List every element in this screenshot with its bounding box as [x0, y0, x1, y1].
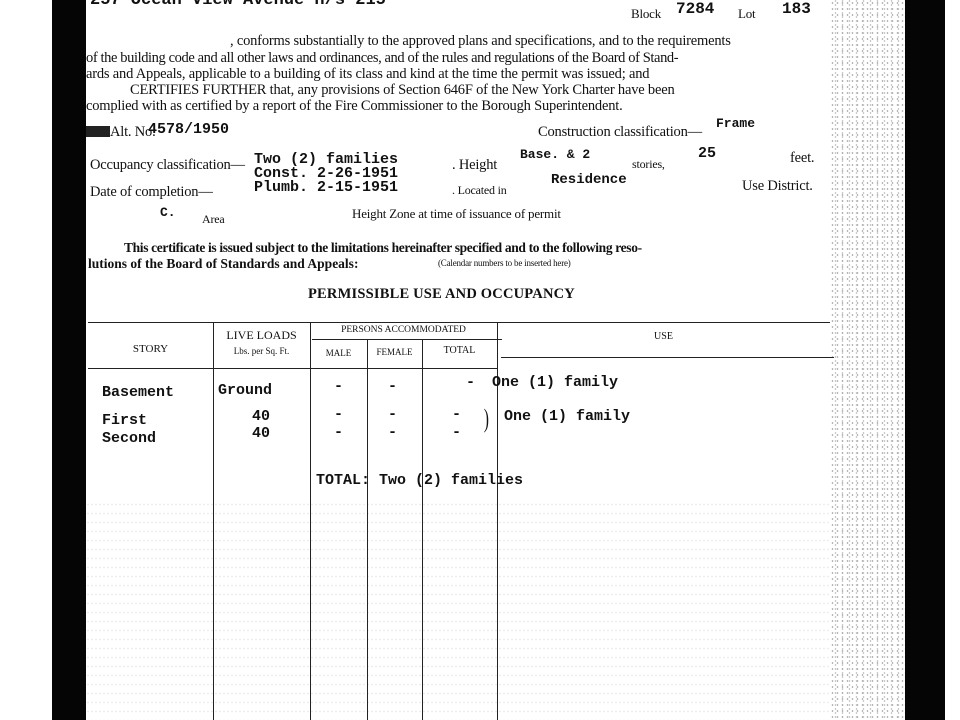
- row-male: -: [334, 406, 343, 423]
- section-title: PERMISSIBLE USE AND OCCUPANCY: [308, 286, 575, 303]
- header-use: USE: [497, 331, 830, 342]
- row-use: One (1) family: [504, 408, 630, 425]
- scan-speckle-edge: [830, 0, 905, 720]
- limitations-line-1: This certificate is issued subject to th…: [124, 240, 642, 256]
- construction-value: Frame: [716, 116, 755, 131]
- area-label: Area: [202, 212, 225, 227]
- row-story: Basement: [102, 384, 174, 401]
- header-live-loads: LIVE LOADS: [213, 328, 310, 343]
- block-label: Block: [631, 6, 661, 22]
- address-line: 257 Ocean View Avenue n/s 215': [90, 0, 396, 10]
- body-line-3: ards and Appeals, applicable to a buildi…: [86, 66, 649, 83]
- use-header-rule: [501, 357, 834, 358]
- faded-reverse-text: [86, 500, 830, 720]
- header-live-loads-unit: Lbs. per Sq. Ft.: [213, 346, 310, 356]
- col-divider-load: [310, 322, 311, 720]
- row-load: Ground: [218, 382, 272, 399]
- row-female: -: [388, 424, 397, 441]
- row-story: First: [102, 412, 147, 429]
- use-district-label: Use District.: [742, 178, 813, 195]
- date-plumb: Plumb. 2-15-1951: [254, 179, 398, 196]
- header-total: TOTAL: [422, 345, 497, 356]
- height-label: . Height: [452, 157, 497, 174]
- located-value: Residence: [551, 172, 627, 188]
- date-label: Date of completion—: [90, 184, 213, 201]
- row-load: 40: [252, 425, 270, 442]
- block-value: 7284: [676, 0, 714, 18]
- col-divider-story: [213, 322, 214, 720]
- construction-label: Construction classification—: [538, 124, 702, 141]
- limitations-line-2: lutions of the Board of Standards and Ap…: [88, 256, 358, 272]
- row-total: -: [452, 406, 461, 423]
- header-story: STORY: [88, 343, 213, 355]
- body-line-4: CERTIFIES FURTHER that, any provisions o…: [130, 82, 675, 99]
- row-brace: ): [484, 404, 489, 434]
- body-line-5: complied with as certified by a report o…: [86, 98, 623, 115]
- header-bottom-rule: [88, 368, 498, 369]
- redaction-mark: [86, 126, 110, 137]
- scan-right-border: [905, 0, 945, 720]
- row-use: One (1) family: [492, 374, 618, 391]
- row-load: 40: [252, 408, 270, 425]
- row-female: -: [388, 378, 397, 395]
- stories-label: stories,: [632, 157, 665, 172]
- feet-label: feet.: [790, 150, 814, 167]
- table-top-rule: [88, 322, 830, 323]
- header-female: FEMALE: [367, 347, 422, 357]
- row-total: -: [452, 424, 461, 441]
- header-persons-accommodated: PERSONS ACCOMMODATED: [310, 325, 497, 335]
- height-value: Base. & 2: [520, 147, 590, 162]
- header-male: MALE: [310, 348, 367, 358]
- occupancy-label: Occupancy classification—: [90, 157, 245, 174]
- row-story: Second: [102, 430, 156, 447]
- feet-value: 25: [698, 145, 716, 162]
- col-divider-female: [422, 339, 423, 720]
- calendar-note: (Calendar numbers to be inserted here): [438, 258, 571, 268]
- located-label: . Located in: [452, 183, 507, 198]
- row-female: -: [388, 406, 397, 423]
- col-divider-male: [367, 339, 368, 720]
- scan-left-border: [52, 0, 86, 720]
- height-zone-label: Height Zone at time of issuance of permi…: [352, 206, 561, 222]
- body-line-1: , conforms substantially to the approved…: [230, 33, 731, 50]
- persons-subheader-rule: [312, 339, 502, 340]
- body-line-2: of the building code and all other laws …: [86, 50, 678, 67]
- alt-no-value: 4578/1950: [148, 121, 229, 138]
- lot-value: 183: [782, 0, 811, 18]
- lot-label: Lot: [738, 6, 755, 22]
- total-families-line: TOTAL: Two (2) families: [316, 472, 523, 489]
- area-value: C.: [160, 205, 176, 220]
- certificate-page: 257 Ocean View Avenue n/s 215' Block 728…: [86, 0, 830, 720]
- row-male: -: [334, 424, 343, 441]
- row-total: -: [466, 374, 475, 391]
- row-male: -: [334, 378, 343, 395]
